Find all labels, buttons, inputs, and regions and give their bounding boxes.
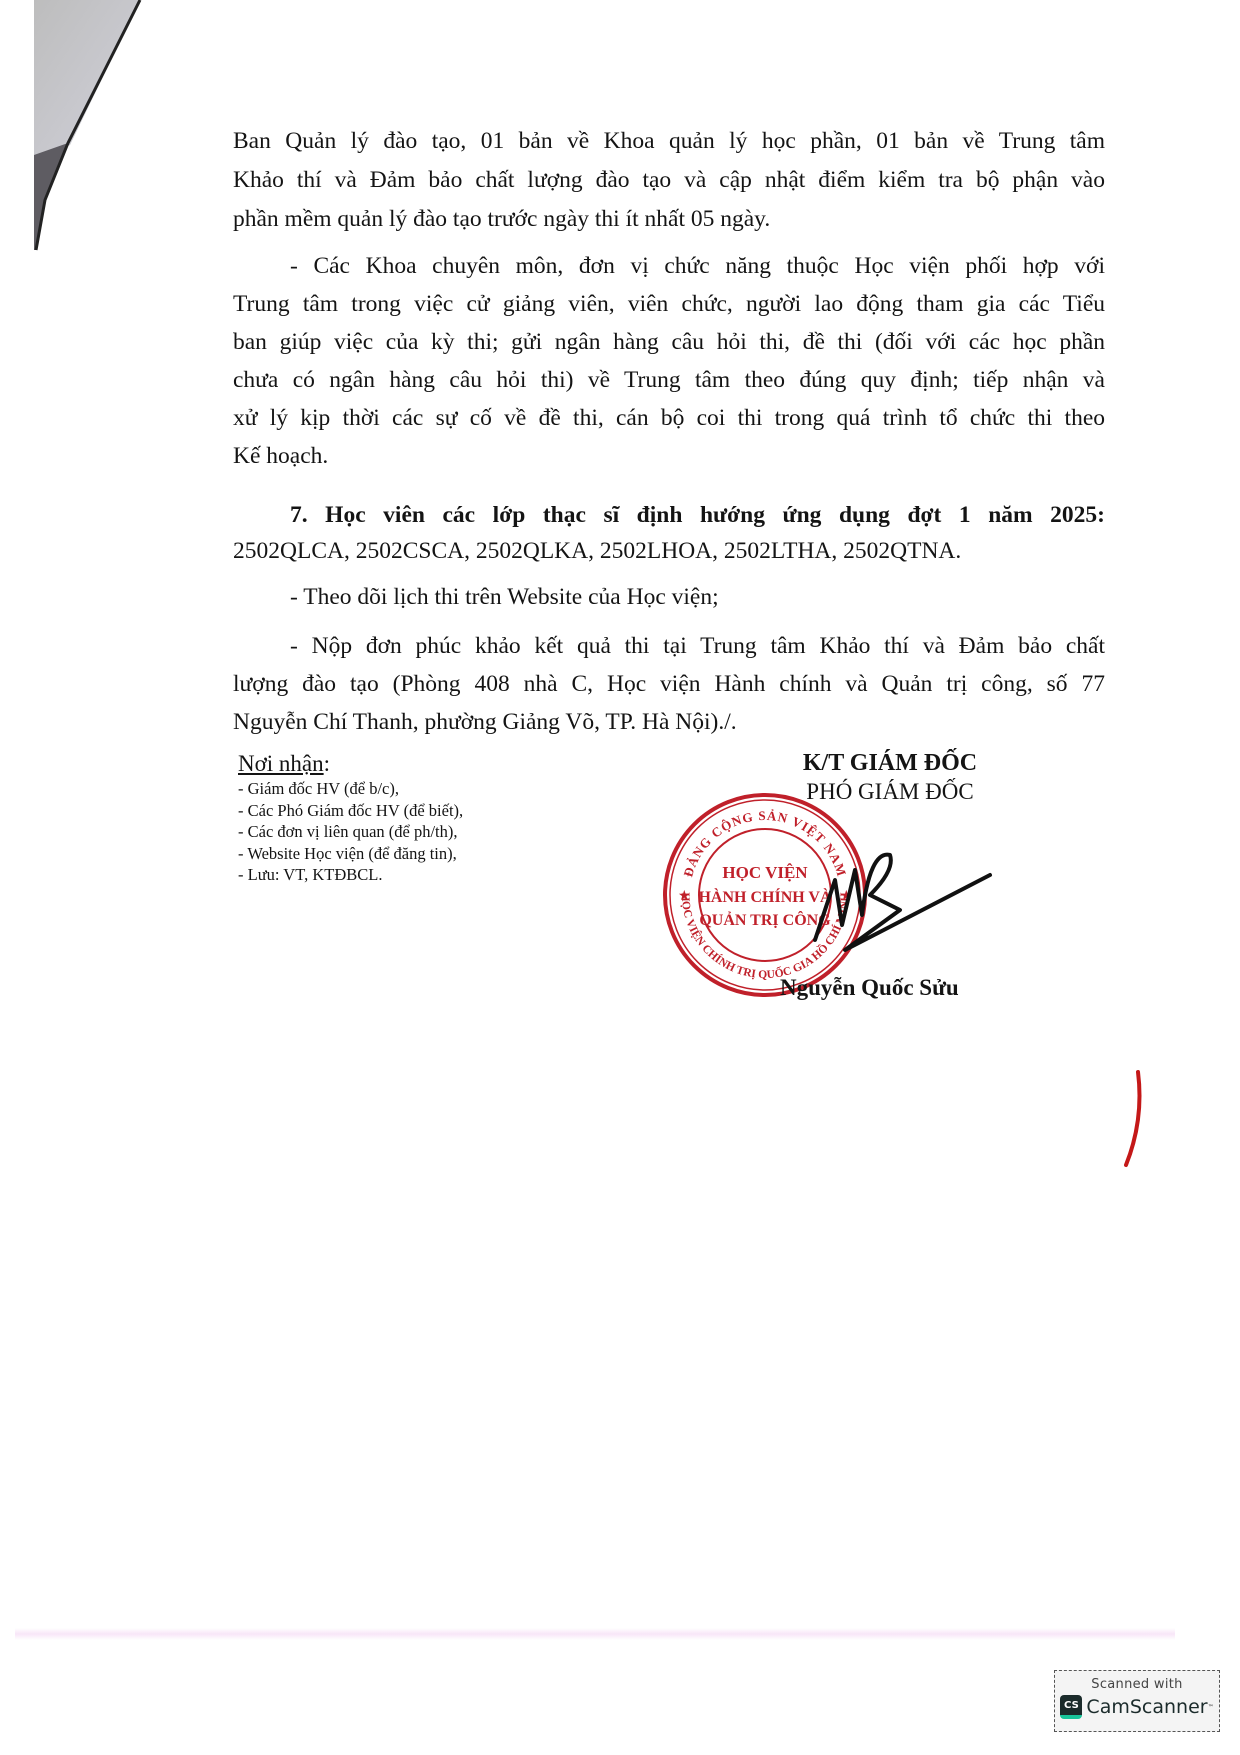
signature-title: K/T GIÁM ĐỐC [760, 748, 1020, 778]
text-line: Khảo thí và Đảm bảo chất lượng đào tạo v… [233, 161, 1105, 200]
recipients-block: Nơi nhận: - Giám đốc HV (để b/c), - Các … [238, 750, 598, 886]
page-fold-shadow [0, 0, 150, 260]
section-7: 7. Học viên các lớp thạc sĩ định hướng ứ… [233, 497, 1105, 569]
text-line: xử lý kịp thời các sự cố về đề thi, cán … [233, 399, 1105, 437]
recipient-item: - Lưu: VT, KTĐBCL. [238, 864, 598, 886]
section-7-item-1: - Theo dõi lịch thi trên Website của Học… [233, 578, 1105, 617]
class-list: 2502QLCA, 2502CSCA, 2502QLKA, 2502LHOA, … [233, 533, 1105, 569]
scan-tint-strip [15, 1628, 1175, 1640]
recipient-item: - Website Học viện (để đăng tin), [238, 843, 598, 865]
text-line: - Nộp đơn phúc khảo kết quả thi tại Trun… [233, 627, 1105, 665]
recipients-colon: : [324, 751, 330, 776]
recipient-item: - Các đơn vị liên quan (để ph/th), [238, 821, 598, 843]
section-heading: 7. Học viên các lớp thạc sĩ định hướng ứ… [233, 497, 1105, 533]
text-line: Trung tâm trong việc cử giảng viên, viên… [233, 285, 1105, 323]
red-ink-mark [1120, 1070, 1150, 1180]
text-line: lượng đào tạo (Phòng 408 nhà C, Học viện… [233, 665, 1105, 703]
watermark-caption: Scanned with [1055, 1677, 1219, 1692]
text-line: - Theo dõi lịch thi trên Website của Học… [233, 578, 1105, 617]
recipient-item: - Các Phó Giám đốc HV (để biết), [238, 800, 598, 822]
text-line: Ban Quản lý đào tạo, 01 bản về Khoa quản… [233, 122, 1105, 161]
section-7-item-2: - Nộp đơn phúc khảo kết quả thi tại Trun… [233, 627, 1105, 741]
paragraph-departments: - Các Khoa chuyên môn, đơn vị chức năng … [233, 247, 1105, 475]
text-line: phần mềm quản lý đào tạo trước ngày thi … [233, 200, 1105, 239]
watermark-brand: CamScanner [1086, 1696, 1207, 1718]
text-line: Nguyễn Chí Thanh, phường Giảng Võ, TP. H… [233, 703, 1105, 741]
camscanner-logo-icon: CS [1060, 1695, 1082, 1719]
signer-name: Nguyễn Quốc Sửu [780, 975, 959, 1001]
camscanner-watermark: Scanned with CS CamScanner™ [1054, 1670, 1220, 1732]
text-line: chưa có ngân hàng câu hỏi thi) về Trung … [233, 361, 1105, 399]
recipients-heading: Nơi nhận [238, 750, 324, 778]
text-line: Kế hoạch. [233, 437, 1105, 475]
recipients-list: - Giám đốc HV (để b/c), - Các Phó Giám đ… [238, 778, 598, 886]
paragraph-continuation: Ban Quản lý đào tạo, 01 bản về Khoa quản… [233, 122, 1105, 239]
text-line: - Các Khoa chuyên môn, đơn vị chức năng … [233, 247, 1105, 285]
trademark-mark: ™ [1208, 1704, 1214, 1711]
text-line: ban giúp việc của kỳ thi; gửi ngân hàng … [233, 323, 1105, 361]
handwritten-signature-icon [800, 830, 1000, 960]
recipient-item: - Giám đốc HV (để b/c), [238, 778, 598, 800]
svg-text:★: ★ [678, 889, 691, 904]
svg-text:HỌC VIỆN: HỌC VIỆN [722, 863, 808, 882]
